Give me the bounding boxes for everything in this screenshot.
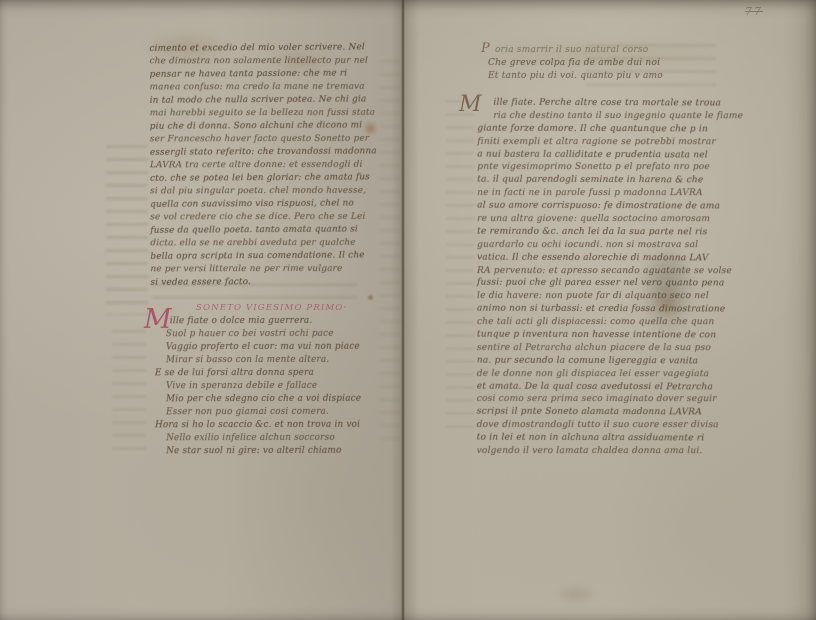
text-line: fusse da quello poeta. tanto amata quant…: [150, 223, 380, 237]
text-line: quella con suavissimo viso rispuosi, che…: [150, 197, 380, 211]
text-line: pensar ne havea tanta passione: che me r…: [150, 67, 380, 81]
text-line: Esser non puo giamai cosi comera.: [150, 406, 380, 420]
text-line: mai harebbi seguito se la belleza non fu…: [150, 107, 380, 121]
text-line: RA pervenuto: et apresso secando aguatan…: [477, 264, 749, 277]
text-line: fussi: puoi che gli parea esser nel vero…: [477, 277, 749, 291]
left-commentary-block: cimento et excedio del mio voler scriver…: [149, 41, 380, 289]
text-line: Vaggio proferto el cuor: ma vui non piac…: [150, 341, 380, 355]
text-line: Hora si ho lo scaccio &c. et non trova i…: [150, 419, 380, 433]
text-line: bella opra scripta in sua comendatione. …: [150, 249, 380, 263]
text-line: finiti exempli et altra ragione se potre…: [477, 136, 749, 149]
text-line: et amata. De la qual cosa avedutossi el …: [477, 380, 749, 394]
text-line: si vedea essere facto.: [150, 275, 380, 289]
text-line: le dia havere: non puote far di alquanto…: [477, 290, 749, 303]
text-line: al suo amore corrispuoso: fe dimostratio…: [477, 200, 749, 214]
text-line: re una altra giovene: quella soctocino a…: [477, 213, 749, 226]
right-commentary-block: ille fiate. Perche altre cose tra mortal…: [477, 97, 750, 459]
text-line: LAVRA tra certe altre donne: et essendog…: [150, 159, 380, 173]
text-line: ria che destino tanto il suo ingegnio qu…: [477, 110, 749, 123]
sonnet-text-block: ille fiate o dolce mia guerrera.Suol p h…: [150, 315, 380, 459]
text-line: essergli stato referito: che trovandossi…: [150, 145, 380, 159]
text-line: cosi como sera prima seco imaginato dove…: [477, 393, 749, 406]
text-line: oria smarrir il suo natural corso: [478, 44, 748, 57]
text-line: cimento et excedio del mio voler scriver…: [149, 41, 379, 55]
text-line: manea confuso: ma credo la mane ne trema…: [150, 81, 380, 95]
text-line: a nui bastera la calliditate e prudentia…: [477, 148, 749, 162]
text-line: scripsi il pnte Soneto alamata madonna L…: [477, 406, 749, 420]
text-line: che dimostra non solamente lintellecto p…: [150, 55, 380, 69]
text-line: volgendo il vero lamata chaldea donna am…: [477, 445, 749, 458]
text-line: te remirando &c. anch lei da la sua part…: [477, 225, 749, 239]
text-line: Mirar si basso con la mente altera.: [150, 354, 380, 368]
text-line: de le donne non gli dispiacea lei esser …: [477, 368, 749, 381]
text-line: Mio per che sdegno cio che a voi dispiac…: [150, 393, 380, 407]
text-line: ne per versi litterale ne per rime vulga…: [150, 263, 380, 277]
text-line: Nello exilio infelice alchun soccorso: [150, 432, 380, 446]
sonnet-rubric-heading: SONETO VIGESIMO PRIMO·: [196, 303, 386, 313]
text-line: Che greve colpa fia de ambe dui noi: [478, 57, 748, 70]
text-line: vatica. Il che essendo alorechie di mado…: [477, 251, 749, 265]
text-line: ser Francescho haver facto questo Sonett…: [150, 133, 380, 147]
text-line: tunque p inventura non havesse intention…: [477, 329, 749, 343]
text-line: se vol credere cio che se dice. Pero che…: [150, 211, 380, 225]
text-line: to in lei et non in alchuna altra assidu…: [477, 432, 749, 446]
text-line: ta. il qual parendogli seminate in haren…: [477, 174, 749, 188]
text-line: ille fiate. Perche altre cose tra mortal…: [477, 97, 749, 111]
sonnet-end-block: oria smarrir il suo natural corsoChe gre…: [478, 44, 748, 84]
text-line: dicta. ella se ne arebbi aveduta per qua…: [150, 237, 380, 251]
text-line: cto. che se potea lei ben gloriar: che a…: [150, 171, 380, 185]
text-line: che tali acti gli dispiacessi: como quel…: [477, 316, 749, 329]
text-line: ille fiate o dolce mia guerrera.: [150, 315, 380, 329]
text-line: giante forze damore. Il che quantunque c…: [477, 122, 749, 136]
text-line: sentire al Petrarcha alchun piacere de l…: [477, 342, 749, 355]
text-line: na. pur secundo la comune ligereggia e v…: [477, 354, 749, 368]
text-line: Ne star suol ni gire: vo alteril chiamo: [150, 445, 380, 459]
text-line: dove dimostrandogli tutto il suo cuore e…: [477, 419, 749, 432]
text-line: E se de lui forsi altra donna spera: [150, 367, 380, 381]
book-gutter-fold: [401, 0, 405, 620]
text-line: si dal piu singular poeta. chel mondo ha…: [150, 185, 380, 199]
text-line: ne in facti ne in parole fussi p madonna…: [477, 187, 749, 200]
text-line: in tal modo che nulla scriver potea. Ne …: [150, 93, 380, 107]
text-line: piu che di donna. Sono alchuni che dicon…: [150, 119, 380, 133]
text-line: Vive in speranza debile e fallace: [150, 380, 380, 394]
text-line: Suol p hauer co bei vostri ochi pace: [150, 328, 380, 342]
manuscript-open-book: 77 cimento et excedio del mio voler scri…: [0, 0, 816, 620]
text-line: guardarlo cu ochi iocundi. non si mostra…: [477, 239, 749, 252]
text-line: Et tanto piu di voi. quanto piu v amo: [478, 70, 748, 83]
text-line: pnte vigesimoprimo Sonetto p el prefato …: [477, 161, 749, 174]
text-line: animo non si turbassi: et credia fossa d…: [477, 303, 749, 317]
folio-number: 77: [745, 5, 763, 18]
